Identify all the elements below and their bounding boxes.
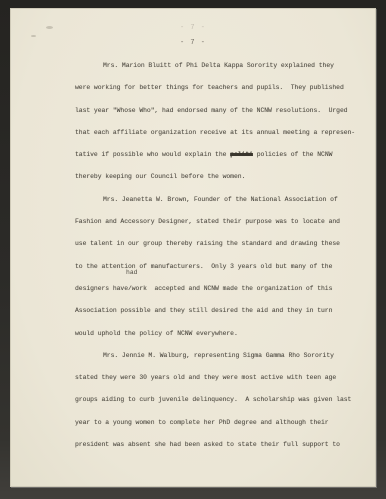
text-line: to the attention of manufacturers. Only … [75,256,368,278]
text-line: last year "Whose Who", had endorsed many… [75,100,368,122]
inserted-word: had [126,269,138,276]
text-line: Fashion and Accessory Designer, stated t… [75,211,368,233]
struck-word: politi [230,151,253,158]
text-line: Mrs. Marion Bluitt of Phi Delta Kappa So… [75,55,368,77]
text-line: Mrs. Jeanetta W. Brown, Founder of the N… [75,189,368,211]
paper-smudge [31,35,36,37]
page-number-ghost: - 7 - [10,24,376,32]
scan-background: - 7 - - 7 - Mrs. Marion Bluitt of Phi De… [0,0,386,499]
document-page: - 7 - - 7 - Mrs. Marion Bluitt of Phi De… [10,8,376,487]
text-line: that each affiliate organization receive… [75,122,368,144]
document-body: Mrs. Marion Bluitt of Phi Delta Kappa So… [75,55,368,456]
text-line: were working for better things for teach… [75,77,368,99]
text-line: president was absent she had been asked … [75,434,368,456]
page-number: - 7 - [10,39,376,47]
text-line: Association possible and they still desi… [75,300,368,322]
text-line: year to a young women to complete her Ph… [75,412,368,434]
text-line: Mrs. Jennie M. Walburg, representing Sig… [75,345,368,367]
text-line-with-strikeout: tative if possible who would explain the… [75,144,368,166]
text-line: stated they were 30 years old and they w… [75,367,368,389]
text-segment: policies of the NCNW [253,151,333,158]
text-line: thereby keeping our Council before the w… [75,166,368,188]
text-line: designers have/work accepted and NCNW ma… [75,278,368,300]
text-line: use talent in our group thereby raising … [75,233,368,255]
text-line: groups aiding to curb juvenile delinquen… [75,389,368,411]
text-line: would uphold the policy of NCNW everywhe… [75,323,368,345]
text-segment: tative if possible who would explain the [75,151,230,158]
